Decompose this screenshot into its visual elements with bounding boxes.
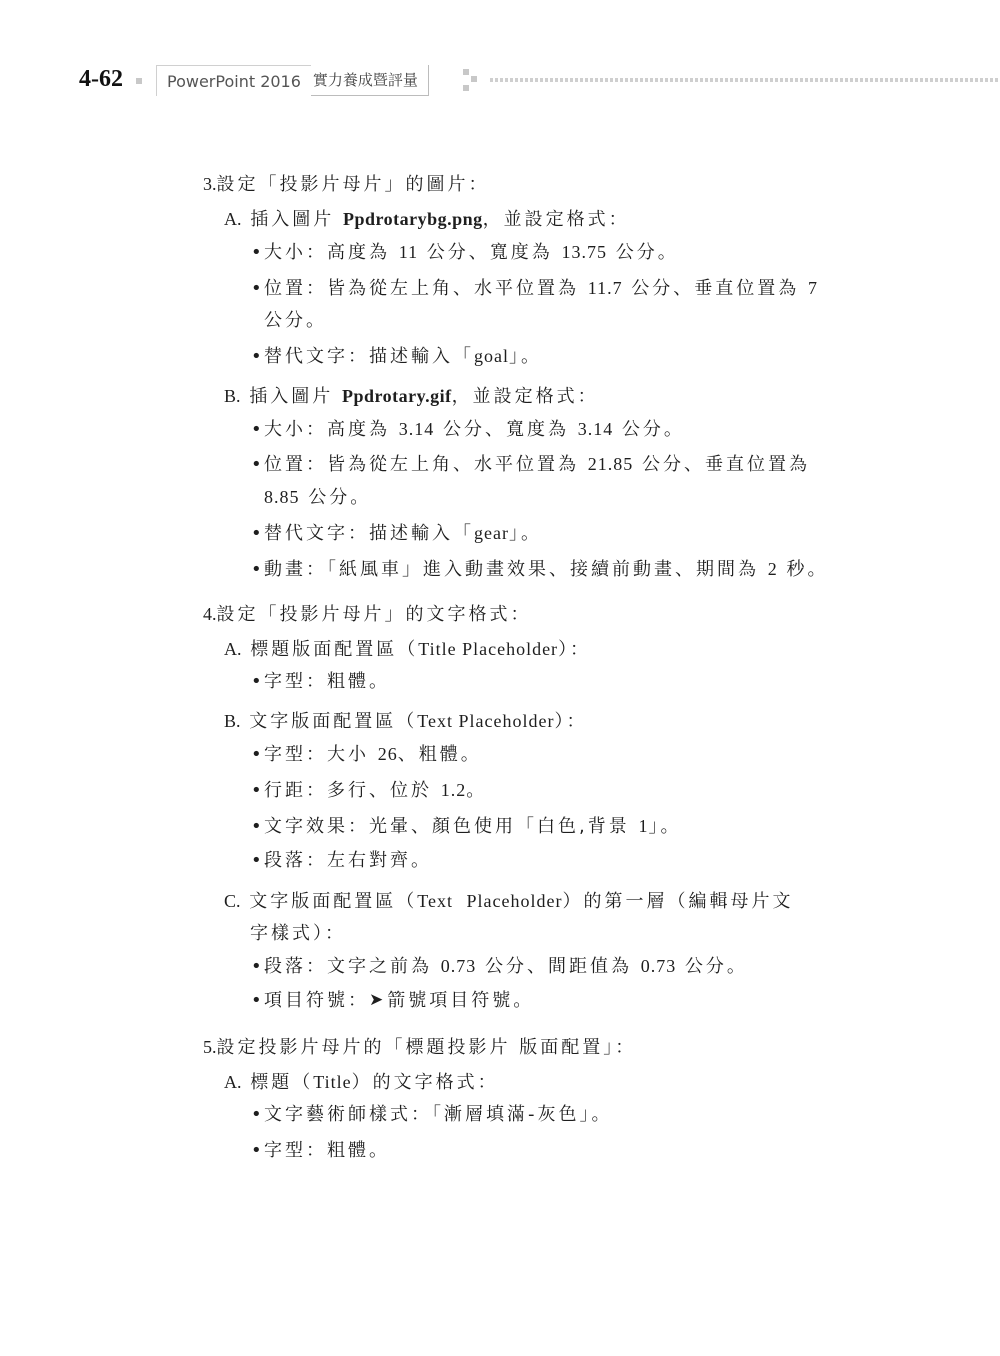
- item-value: 3.14: [399, 419, 435, 439]
- item-text: 」。: [509, 523, 542, 544]
- header-dotted-rule: [490, 78, 1000, 82]
- section-number: 5.: [203, 1037, 217, 1057]
- bullet: •: [251, 277, 264, 301]
- list-item-continuation: 8.85 公分。: [264, 485, 371, 510]
- list-item: •替代文字：描述輸入「goal」。: [251, 344, 542, 369]
- subsection-text: 插入圖片: [249, 386, 342, 407]
- item-value: 8.85: [264, 487, 300, 507]
- item-label: 動畫：: [264, 559, 327, 580]
- item-text: 公分。: [607, 242, 679, 263]
- subsection-text: ）的第一層（編輯母片文: [562, 891, 793, 912]
- item-label: 位置：: [264, 278, 327, 299]
- subsection-5a: A. 標題（Title）的文字格式：: [224, 1070, 499, 1095]
- item-text: 」。: [648, 816, 681, 837]
- item-label: 行距：: [264, 780, 327, 801]
- bullet: •: [251, 849, 264, 873]
- section-number: 4.: [203, 604, 217, 624]
- item-value: gear: [474, 523, 509, 543]
- list-item: •大小：高度為 3.14 公分、寬度為 3.14 公分。: [251, 417, 685, 442]
- subsection-text: ）的文字格式：: [352, 1072, 499, 1093]
- section-title: 設定「投影片母片」的文字格式：: [217, 604, 532, 625]
- list-item: •文字藝術師樣式：「漸層填滿-灰色」。: [251, 1103, 613, 1127]
- list-item: •段落：文字之前為 0.73 公分、間距值為 0.73 公分。: [251, 954, 748, 979]
- book-title-box: PowerPoint 2016 實力養成暨評量: [156, 65, 429, 96]
- item-text: 秒。: [778, 559, 829, 580]
- list-item: •行距：多行、位於 1.2。: [251, 778, 487, 803]
- bullet: •: [251, 1103, 264, 1127]
- list-item: •字型：粗體。: [251, 670, 390, 694]
- placeholder-name: Text Placeholder: [417, 711, 554, 731]
- section-heading-5: 5.設定投影片母片的「標題投影片 版面配置」：: [203, 1035, 636, 1060]
- subsection-4a: A. 標題版面配置區（Title Placeholder）：: [224, 637, 591, 662]
- item-value: 26: [378, 744, 398, 764]
- bullet: •: [251, 345, 264, 369]
- item-text: 。: [466, 780, 487, 801]
- item-value: 21.85: [588, 454, 634, 474]
- bullet: •: [251, 989, 264, 1013]
- book-title: PowerPoint 2016: [156, 65, 311, 96]
- filename: Ppdrotarybg.png: [343, 209, 483, 229]
- bullet: •: [251, 955, 264, 979]
- section-heading-3: 3.設定「投影片母片」的圖片：: [203, 172, 490, 197]
- item-label: 字型：: [264, 671, 327, 692]
- subsection-marker: A.: [224, 639, 242, 659]
- item-label: 位置：: [264, 454, 327, 475]
- item-text: 大小: [327, 744, 378, 765]
- item-label: 大小：: [264, 419, 327, 440]
- item-label: 段落：: [264, 956, 327, 977]
- item-value: 1: [638, 816, 648, 836]
- item-text: 「紙風車」進入動畫效果、接續前動畫、期間為: [327, 559, 768, 580]
- section-title: 設定投影片母片的「標題投影片 版面配置」：: [217, 1037, 637, 1058]
- list-item: •段落：左右對齊。: [251, 849, 432, 873]
- list-item: •文字效果：光暈、顏色使用「白色,背景 1」。: [251, 814, 681, 839]
- bullet: •: [251, 558, 264, 582]
- placeholder-name: Text Placeholder: [417, 891, 562, 911]
- bullet: •: [251, 453, 264, 477]
- item-text: 公分、寬度為: [434, 419, 577, 440]
- subsection-marker: B.: [224, 711, 241, 731]
- item-text: 皆為從左上角、水平位置為: [327, 278, 588, 299]
- section-title: 設定「投影片母片」的圖片：: [217, 174, 490, 195]
- item-label: 字型：: [264, 744, 327, 765]
- header-square-decoration: [463, 85, 469, 91]
- item-text: 皆為從左上角、水平位置為: [327, 454, 588, 475]
- item-text: 描述輸入「: [369, 346, 474, 367]
- item-text: 」。: [509, 346, 542, 367]
- item-text: 公分、寬度為: [418, 242, 561, 263]
- header-square-decoration: [463, 69, 469, 75]
- subsection-text: ）：: [554, 711, 587, 732]
- header-square-decoration: [471, 76, 477, 82]
- item-text: 多行、位於: [327, 780, 441, 801]
- item-value: 3.14: [578, 419, 614, 439]
- bullet: •: [251, 522, 264, 546]
- item-label: 段落：: [264, 850, 327, 871]
- item-value: 7: [808, 278, 818, 298]
- list-item: •字型：粗體。: [251, 1139, 390, 1163]
- subsection-text: 文字版面配置區（: [249, 891, 417, 912]
- list-item: •動畫：「紙風車」進入動畫效果、接續前動畫、期間為 2 秒。: [251, 557, 828, 582]
- item-text: 描述輸入「: [369, 523, 474, 544]
- item-value: 1.2: [441, 780, 467, 800]
- item-value: goal: [474, 346, 509, 366]
- arrow-bullet-icon: ➤: [369, 988, 383, 1012]
- subsection-marker: A.: [224, 1072, 242, 1092]
- subsection-4b: B. 文字版面配置區（Text Placeholder）：: [224, 709, 587, 734]
- subsection-3a: A. 插入圖片 Ppdrotarybg.png，並設定格式：: [224, 207, 630, 232]
- item-text: 公分、垂直位置為: [623, 278, 808, 299]
- item-label: 替代文字：: [264, 523, 369, 544]
- item-text: 公分。: [264, 310, 327, 331]
- item-text: 光暈、顏色使用「白色,背景: [369, 816, 638, 837]
- item-text: 公分。: [676, 956, 748, 977]
- item-text: 高度為: [327, 242, 399, 263]
- item-text: 高度為: [327, 419, 399, 440]
- subsection-text: 標題（: [250, 1072, 313, 1093]
- subsection-text: 插入圖片: [250, 209, 343, 230]
- item-value: 11: [399, 242, 418, 262]
- item-text: 公分、間距值為: [476, 956, 640, 977]
- item-value: 11.7: [588, 278, 623, 298]
- item-text: 、粗體。: [398, 744, 482, 765]
- bullet: •: [251, 670, 264, 694]
- bullet: •: [251, 418, 264, 442]
- bullet: •: [251, 779, 264, 803]
- list-item: •位置：皆為從左上角、水平位置為 21.85 公分、垂直位置為: [251, 452, 810, 477]
- list-item: •項目符號：➤箭號項目符號。: [251, 989, 534, 1013]
- list-item: •大小：高度為 11 公分、寬度為 13.75 公分。: [251, 240, 679, 265]
- item-value: 0.73: [641, 956, 677, 976]
- filename: Ppdrotary.gif: [342, 386, 452, 406]
- item-label: 文字效果：: [264, 816, 369, 837]
- section-heading-4: 4.設定「投影片母片」的文字格式：: [203, 602, 532, 627]
- item-label: 字型：: [264, 1140, 327, 1161]
- section-number: 3.: [203, 174, 217, 194]
- item-text: 「漸層填滿-灰色」。: [432, 1104, 613, 1125]
- subsection-text: 標題版面配置區（: [250, 639, 418, 660]
- list-item-continuation: 公分。: [264, 309, 327, 333]
- bullet: •: [251, 1139, 264, 1163]
- placeholder-name: Title: [313, 1072, 351, 1092]
- item-text: 公分。: [300, 487, 372, 508]
- item-text: 左右對齊。: [327, 850, 432, 871]
- header-square-decoration: [136, 78, 142, 84]
- item-value: 13.75: [562, 242, 608, 262]
- book-series: 實力養成暨評量: [311, 65, 429, 96]
- subsection-marker: A.: [224, 209, 242, 229]
- subsection-3b: B. 插入圖片 Ppdrotary.gif，並設定格式：: [224, 384, 599, 409]
- item-value: 2: [768, 559, 778, 579]
- subsection-text: ）：: [558, 639, 591, 660]
- bullet: •: [251, 743, 264, 767]
- bullet: •: [251, 815, 264, 839]
- page-number: 4-62: [79, 66, 123, 93]
- subsection-text: 文字版面配置區（: [249, 711, 417, 732]
- item-label: 替代文字：: [264, 346, 369, 367]
- subsection-marker: B.: [224, 386, 241, 406]
- subsection-text: ，並設定格式：: [452, 386, 599, 407]
- list-item: •替代文字：描述輸入「gear」。: [251, 521, 542, 546]
- item-text: 箭號項目符號。: [387, 990, 534, 1011]
- item-value: 0.73: [441, 956, 477, 976]
- item-label: 項目符號：: [264, 990, 369, 1011]
- subsection-text: 字樣式）：: [250, 923, 346, 944]
- subsection-continuation: 字樣式）：: [250, 922, 346, 946]
- subsection-text: ，並設定格式：: [483, 209, 630, 230]
- item-text: 文字之前為: [327, 956, 441, 977]
- item-text: 粗體。: [327, 1140, 390, 1161]
- item-label: 大小：: [264, 242, 327, 263]
- item-text: 公分、垂直位置為: [633, 454, 810, 475]
- item-text: 公分。: [613, 419, 685, 440]
- item-label: 文字藝術師樣式：: [264, 1104, 432, 1125]
- list-item: •位置：皆為從左上角、水平位置為 11.7 公分、垂直位置為 7: [251, 276, 818, 301]
- subsection-4c: C. 文字版面配置區（Text Placeholder）的第一層（編輯母片文: [224, 889, 793, 914]
- item-text: 粗體。: [327, 671, 390, 692]
- page-header: 4-62 PowerPoint 2016 實力養成暨評量: [0, 60, 1000, 104]
- bullet: •: [251, 241, 264, 265]
- list-item: •字型：大小 26、粗體。: [251, 742, 482, 767]
- placeholder-name: Title Placeholder: [418, 639, 558, 659]
- subsection-marker: C.: [224, 891, 241, 911]
